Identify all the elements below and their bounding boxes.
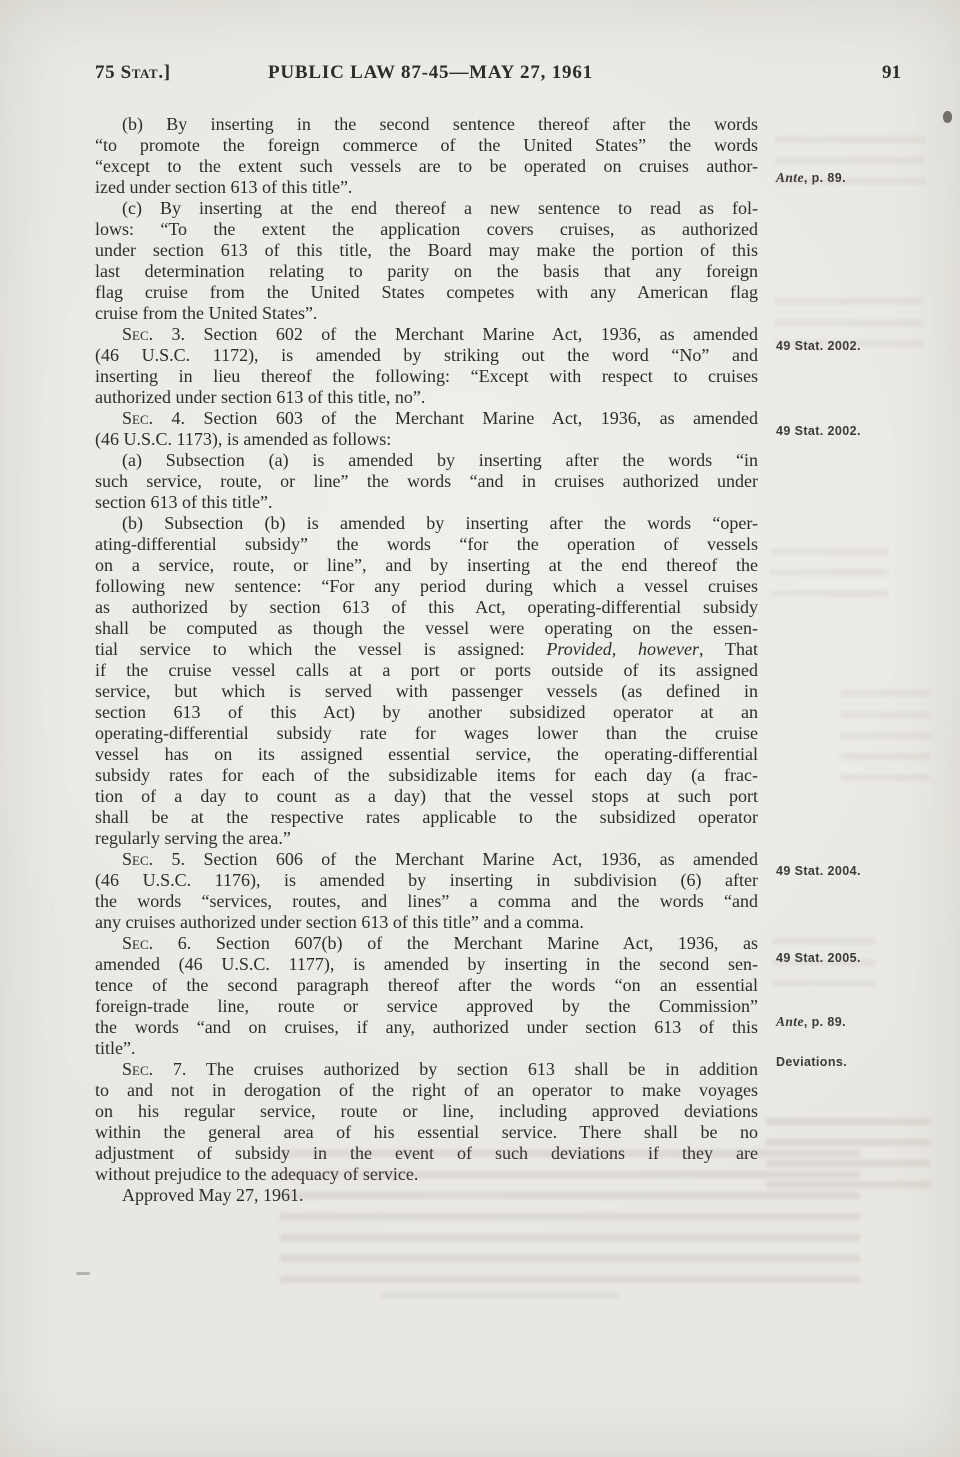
text-line: inserting in lieu thereof the following:… bbox=[95, 366, 758, 387]
text-segment: Approved May 27, 1961. bbox=[122, 1185, 303, 1205]
paragraph: (c) By inserting at the end thereof a ne… bbox=[95, 198, 758, 324]
text-segment: following new sentence: “For any period … bbox=[95, 576, 758, 596]
text-line: operating-differential subsidy rate for … bbox=[95, 723, 758, 744]
text-segment: 49 Stat. 2002. bbox=[776, 424, 861, 438]
text-line: tence of the second paragraph thereof af… bbox=[95, 975, 758, 996]
text-line: within the general area of his essential… bbox=[95, 1122, 758, 1143]
text-line: any cruises authorized under section 613… bbox=[95, 912, 758, 933]
text-segment: section 613 of this Act) by another subs… bbox=[95, 702, 758, 722]
text-segment: Sec bbox=[122, 849, 149, 869]
text-segment: . 5. Section 606 of the Merchant Marine … bbox=[149, 849, 758, 869]
text-segment: ized under section 613 of this title”. bbox=[95, 177, 352, 197]
bleed-through-ghost bbox=[775, 136, 925, 198]
bleed-through-ghost bbox=[280, 1150, 860, 1285]
bleed-through-ghost bbox=[840, 690, 930, 790]
text-segment: , That bbox=[699, 639, 758, 659]
text-line: vessel has on its assigned essential ser… bbox=[95, 744, 758, 765]
bleed-through-ghost bbox=[772, 938, 876, 986]
text-line: (46 U.S.C. 1176), is amended by insertin… bbox=[95, 870, 758, 891]
text-segment: operating-differential subsidy rate for … bbox=[95, 723, 758, 743]
text-segment: (46 U.S.C. 1176), is amended by insertin… bbox=[95, 870, 758, 890]
text-segment: . 6. Section 607(b) of the Merchant Mari… bbox=[149, 933, 758, 953]
text-line: (b) Subsection (b) is amended by inserti… bbox=[95, 513, 758, 534]
text-line: to and not in derogation of the right of… bbox=[95, 1080, 758, 1101]
text-line: regularly serving the area.” bbox=[95, 828, 758, 849]
paragraph: (a) Subsection (a) is amended by inserti… bbox=[95, 450, 758, 513]
text-line: cruise from the United States”. bbox=[95, 303, 758, 324]
text-segment: title”. bbox=[95, 1038, 135, 1058]
text-line: Sec. 5. Section 606 of the Merchant Mari… bbox=[95, 849, 758, 870]
text-segment: Provided, however bbox=[546, 639, 699, 659]
stat-label: 75 Stat.] bbox=[95, 62, 171, 84]
text-line: such service, route, or line” the words … bbox=[95, 471, 758, 492]
text-segment: ating-differential subsidy” the words “f… bbox=[95, 534, 758, 554]
text-segment: . 4. Section 603 of the Merchant Marine … bbox=[149, 408, 758, 428]
text-segment: (46 U.S.C. 1172), is amended by striking… bbox=[95, 345, 758, 365]
text-line: flag cruise from the United States compe… bbox=[95, 282, 758, 303]
text-segment: Sec bbox=[122, 1059, 149, 1079]
text-line: subsidy rates for each of the subsidizab… bbox=[95, 765, 758, 786]
text-line: tion of a day to count as a day) that th… bbox=[95, 786, 758, 807]
text-segment: Sec bbox=[122, 933, 149, 953]
ink-speck bbox=[943, 111, 952, 123]
text-line: the words “and on cruises, if any, autho… bbox=[95, 1017, 758, 1038]
text-line: “except to the extent such vessels are t… bbox=[95, 156, 758, 177]
text-segment: authorized under section 613 of this tit… bbox=[95, 387, 425, 407]
text-segment: tial service to which the vessel is assi… bbox=[95, 639, 546, 659]
text-segment: if the cruise vessel calls at a port or … bbox=[95, 660, 758, 680]
text-segment: amended (46 U.S.C. 1177), is amended by … bbox=[95, 954, 758, 974]
text-segment: subsidy rates for each of the subsidizab… bbox=[95, 765, 758, 785]
page-number: 91 bbox=[882, 62, 901, 84]
paragraph: (b) Subsection (b) is amended by inserti… bbox=[95, 513, 758, 849]
bleed-through-ghost bbox=[380, 1292, 620, 1310]
text-line: shall be at the respective rates applica… bbox=[95, 807, 758, 828]
text-segment: . 3. Section 602 of the Merchant Marine … bbox=[149, 324, 758, 344]
text-line: (c) By inserting at the end thereof a ne… bbox=[95, 198, 758, 219]
text-line: the words “services, routes, and lines” … bbox=[95, 891, 758, 912]
bleed-through-ghost bbox=[775, 298, 923, 356]
text-segment: under section 613 of this title, the Boa… bbox=[95, 240, 758, 260]
text-segment: tence of the second paragraph thereof af… bbox=[95, 975, 758, 995]
text-line: following new sentence: “For any period … bbox=[95, 576, 758, 597]
text-segment: “except to the extent such vessels are t… bbox=[95, 156, 758, 176]
page-title: PUBLIC LAW 87-45—MAY 27, 1961 bbox=[268, 62, 668, 84]
text-segment: shall be at the respective rates applica… bbox=[95, 807, 758, 827]
text-segment: , p. 89. bbox=[804, 1015, 846, 1029]
text-line: Sec. 6. Section 607(b) of the Merchant M… bbox=[95, 933, 758, 954]
text-line: ized under section 613 of this title”. bbox=[95, 177, 758, 198]
text-segment: . 7. The cruises authorized by section 6… bbox=[149, 1059, 758, 1079]
text-line: authorized under section 613 of this tit… bbox=[95, 387, 758, 408]
text-segment: 75 bbox=[95, 62, 121, 83]
text-segment: inserting in lieu thereof the following:… bbox=[95, 366, 758, 386]
text-segment: Deviations. bbox=[776, 1055, 847, 1069]
body-text: (b) By inserting in the second sentence … bbox=[95, 114, 758, 1206]
text-segment: shall be computed as though the vessel w… bbox=[95, 618, 758, 638]
text-segment: (b) Subsection (b) is amended by inserti… bbox=[122, 513, 758, 533]
text-line: if the cruise vessel calls at a port or … bbox=[95, 660, 758, 681]
text-line: tial service to which the vessel is assi… bbox=[95, 639, 758, 660]
text-line: ating-differential subsidy” the words “f… bbox=[95, 534, 758, 555]
text-segment: Sec bbox=[122, 408, 149, 428]
text-segment: “to promote the foreign commerce of the … bbox=[95, 135, 758, 155]
text-segment: such service, route, or line” the words … bbox=[95, 471, 758, 491]
statute-page: 75 Stat.] PUBLIC LAW 87-45—MAY 27, 1961 … bbox=[0, 0, 960, 1457]
text-segment: cruise from the United States”. bbox=[95, 303, 317, 323]
text-segment: the words “services, routes, and lines” … bbox=[95, 891, 758, 911]
margin-note: Ante, p. 89. bbox=[776, 1014, 926, 1030]
text-segment: section 613 of this title”. bbox=[95, 492, 272, 512]
text-line: section 613 of this Act) by another subs… bbox=[95, 702, 758, 723]
text-segment: Ante bbox=[776, 1014, 804, 1029]
text-line: (a) Subsection (a) is amended by inserti… bbox=[95, 450, 758, 471]
text-line: Sec. 3. Section 602 of the Merchant Mari… bbox=[95, 324, 758, 345]
text-segment: Sec bbox=[122, 324, 149, 344]
text-segment: (46 U.S.C. 1173), is amended as follows: bbox=[95, 429, 391, 449]
text-segment: lows: “To the extent the application cov… bbox=[95, 219, 758, 239]
text-line: Sec. 7. The cruises authorized by sectio… bbox=[95, 1059, 758, 1080]
paragraph: Sec. 3. Section 602 of the Merchant Mari… bbox=[95, 324, 758, 408]
text-segment: Stat bbox=[121, 62, 159, 83]
text-segment: any cruises authorized under section 613… bbox=[95, 912, 584, 932]
margin-note: 49 Stat. 2004. bbox=[776, 864, 926, 878]
margin-note: Deviations. bbox=[776, 1055, 926, 1069]
ink-speck bbox=[76, 1272, 90, 1275]
text-line: foreign-trade line, route or service app… bbox=[95, 996, 758, 1017]
bleed-through-ghost bbox=[770, 548, 888, 600]
text-segment: to and not in derogation of the right of… bbox=[95, 1080, 758, 1100]
text-segment: flag cruise from the United States compe… bbox=[95, 282, 758, 302]
text-line: (46 U.S.C. 1172), is amended by striking… bbox=[95, 345, 758, 366]
text-line: (46 U.S.C. 1173), is amended as follows: bbox=[95, 429, 758, 450]
text-segment: (a) Subsection (a) is amended by inserti… bbox=[122, 450, 758, 470]
text-line: lows: “To the extent the application cov… bbox=[95, 219, 758, 240]
text-line: shall be computed as though the vessel w… bbox=[95, 618, 758, 639]
text-segment: tion of a day to count as a day) that th… bbox=[95, 786, 758, 806]
text-line: on a service, route, or line”, and by in… bbox=[95, 555, 758, 576]
text-line: “to promote the foreign commerce of the … bbox=[95, 135, 758, 156]
text-line: amended (46 U.S.C. 1177), is amended by … bbox=[95, 954, 758, 975]
text-segment: on a service, route, or line”, and by in… bbox=[95, 555, 758, 575]
paragraph: (b) By inserting in the second sentence … bbox=[95, 114, 758, 198]
text-segment: 49 Stat. 2004. bbox=[776, 864, 861, 878]
text-segment: the words “and on cruises, if any, autho… bbox=[95, 1017, 758, 1037]
text-line: under section 613 of this title, the Boa… bbox=[95, 240, 758, 261]
text-line: as authorized by section 613 of this Act… bbox=[95, 597, 758, 618]
paragraph: Sec. 6. Section 607(b) of the Merchant M… bbox=[95, 933, 758, 1059]
text-segment: .] bbox=[158, 62, 170, 83]
text-segment: vessel has on its assigned essential ser… bbox=[95, 744, 758, 764]
text-segment: foreign-trade line, route or service app… bbox=[95, 996, 758, 1016]
text-segment: within the general area of his essential… bbox=[95, 1122, 758, 1142]
text-line: title”. bbox=[95, 1038, 758, 1059]
paragraph: Sec. 5. Section 606 of the Merchant Mari… bbox=[95, 849, 758, 933]
paragraph: Sec. 4. Section 603 of the Merchant Mari… bbox=[95, 408, 758, 450]
text-line: service, but which is served with passen… bbox=[95, 681, 758, 702]
text-segment: regularly serving the area.” bbox=[95, 828, 291, 848]
text-segment: on his regular service, route or line, i… bbox=[95, 1101, 758, 1121]
text-line: on his regular service, route or line, i… bbox=[95, 1101, 758, 1122]
text-segment: service, but which is served with passen… bbox=[95, 681, 758, 701]
text-segment: (b) By inserting in the second sentence … bbox=[122, 114, 758, 134]
text-segment: as authorized by section 613 of this Act… bbox=[95, 597, 758, 617]
text-line: (b) By inserting in the second sentence … bbox=[95, 114, 758, 135]
text-line: Sec. 4. Section 603 of the Merchant Mari… bbox=[95, 408, 758, 429]
text-segment: (c) By inserting at the end thereof a ne… bbox=[122, 198, 758, 218]
margin-note: 49 Stat. 2002. bbox=[776, 424, 926, 438]
text-segment: last determination relating to parity on… bbox=[95, 261, 758, 281]
text-line: section 613 of this title”. bbox=[95, 492, 758, 513]
text-line: last determination relating to parity on… bbox=[95, 261, 758, 282]
